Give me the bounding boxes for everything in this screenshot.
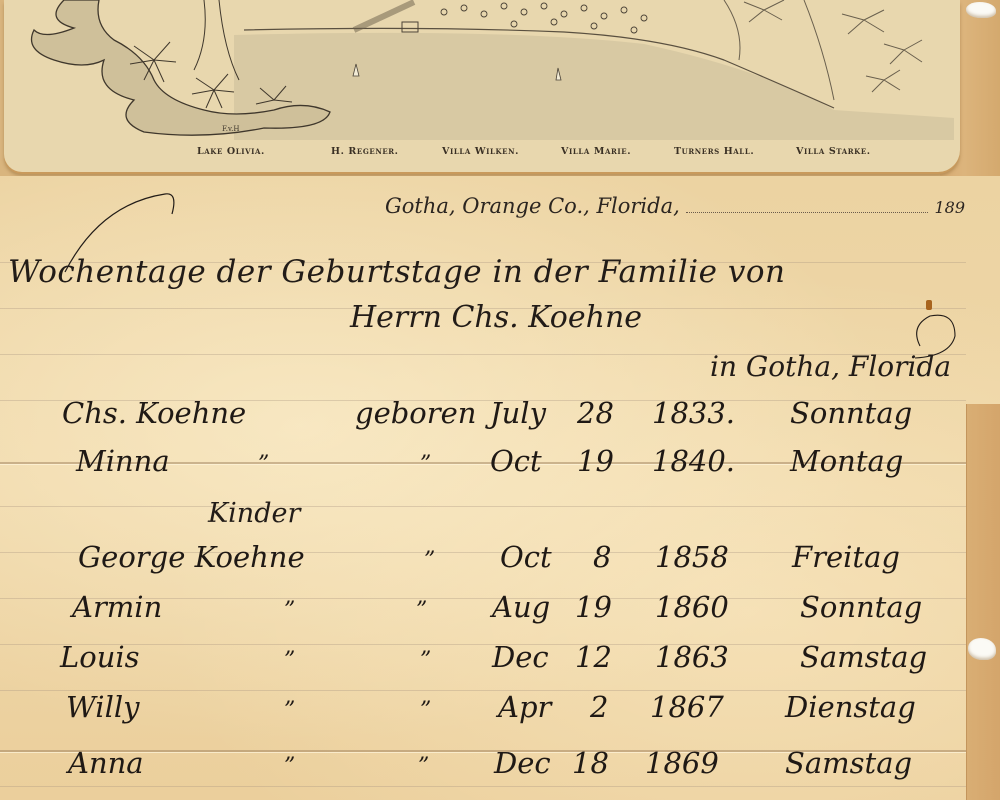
entry-weekday: Freitag <box>792 540 900 574</box>
document-title: Wochentage der Geburtstage in der Famili… <box>8 254 785 290</box>
printed-year: 189 <box>934 198 965 217</box>
entry-weekday: Samstag <box>785 746 912 780</box>
children-heading: Kinder <box>208 498 300 529</box>
ditto-mark: ” <box>420 648 431 673</box>
entry-year: 1869 <box>645 746 719 780</box>
rust-stain <box>926 300 932 310</box>
entry-month: Dec <box>494 746 551 780</box>
birthday-entry: Louis ” ” Dec 12 1863 Samstag <box>0 640 966 688</box>
birthday-entry: Willy ” ” Apr 2 1867 Dienstag <box>0 690 966 738</box>
ditto-mark: ” <box>424 548 435 573</box>
ditto-mark: ” <box>420 698 431 723</box>
ditto-mark: ” <box>284 754 295 779</box>
entry-weekday: Samstag <box>800 640 927 674</box>
entry-month: Oct <box>490 444 542 478</box>
entry-name: Armin <box>72 590 162 624</box>
birthday-entry: Anna ” ” Dec 18 1869 Samstag <box>0 746 966 794</box>
caption-turners-hall: Turners Hall. <box>674 146 754 157</box>
entry-name: Willy <box>66 690 140 724</box>
ditto-mark: ” <box>416 598 427 623</box>
entry-month: Dec <box>492 640 549 674</box>
entry-day: 2 <box>590 690 608 724</box>
punched-hole <box>966 2 996 18</box>
ditto-mark: ” <box>284 648 295 673</box>
entry-day: 19 <box>575 590 612 624</box>
caption-lake-olivia: Lake Olivia. <box>197 146 265 157</box>
entry-born-label: geboren <box>355 396 476 430</box>
caption-villa-starke: Villa Starke. <box>796 146 871 157</box>
entry-year: 1860 <box>655 590 729 624</box>
punched-hole <box>968 638 996 660</box>
entry-name: George Koehne <box>78 540 305 574</box>
ditto-mark: ” <box>258 452 269 477</box>
entry-month: Aug <box>492 590 550 624</box>
ditto-mark: ” <box>284 698 295 723</box>
entry-year: 1833. <box>652 396 735 430</box>
date-fill-line <box>686 212 929 213</box>
entry-name: Anna <box>68 746 144 780</box>
ditto-mark: ” <box>420 452 431 477</box>
entry-month: July <box>490 396 546 430</box>
ditto-mark: ” <box>418 754 429 779</box>
birthday-entry: Chs. Koehne geboren July 28 1833. Sonnta… <box>0 396 966 444</box>
svg-text:F.v.H: F.v.H <box>222 125 239 133</box>
entry-weekday: Sonntag <box>800 590 922 624</box>
caption-villa-marie: Villa Marie. <box>561 146 631 157</box>
family-head-line: Herrn Chs. Koehne <box>350 300 642 335</box>
entry-year: 1840. <box>652 444 735 478</box>
entry-year: 1863 <box>655 640 729 674</box>
entry-day: 8 <box>593 540 611 574</box>
birthday-entry: Armin ” ” Aug 19 1860 Sonntag <box>0 590 966 638</box>
entry-name: Louis <box>60 640 140 674</box>
entry-month: Oct <box>500 540 552 574</box>
entry-name: Chs. Koehne <box>62 396 246 430</box>
caption-h-regener: H. Regener. <box>331 146 399 157</box>
entry-weekday: Dienstag <box>785 690 916 724</box>
location-line: in Gotha, Florida <box>710 350 951 383</box>
entry-day: 19 <box>577 444 614 478</box>
printed-place: Gotha, Orange Co., Florida, <box>385 194 680 218</box>
caption-villa-wilken: Villa Wilken. <box>442 146 519 157</box>
printed-dateline: Gotha, Orange Co., Florida, 189 <box>385 194 965 230</box>
ruled-line <box>0 506 966 507</box>
entry-day: 28 <box>577 396 614 430</box>
entry-weekday: Sonntag <box>790 396 912 430</box>
entry-month: Apr <box>498 690 551 724</box>
entry-day: 18 <box>572 746 609 780</box>
entry-weekday: Montag <box>790 444 903 478</box>
entry-year: 1867 <box>650 690 724 724</box>
entry-year: 1858 <box>655 540 729 574</box>
birthday-entry: Minna ” ” Oct 19 1840. Montag <box>0 444 966 492</box>
ditto-mark: ” <box>284 598 295 623</box>
ledger-sheet: Gotha, Orange Co., Florida, 189 Wochenta… <box>0 176 1000 800</box>
engraved-letterhead: F.v.H Lake Olivia. H. Regener. Villa Wil… <box>4 0 960 172</box>
entry-day: 12 <box>575 640 612 674</box>
birthday-entry: George Koehne ” Oct 8 1858 Freitag <box>0 540 966 588</box>
engraving-illustration: F.v.H <box>4 0 960 140</box>
letterhead-captions: Lake Olivia. H. Regener. Villa Wilken. V… <box>4 146 960 166</box>
underlying-sheet-edge <box>966 404 1000 800</box>
entry-name: Minna <box>76 444 170 478</box>
